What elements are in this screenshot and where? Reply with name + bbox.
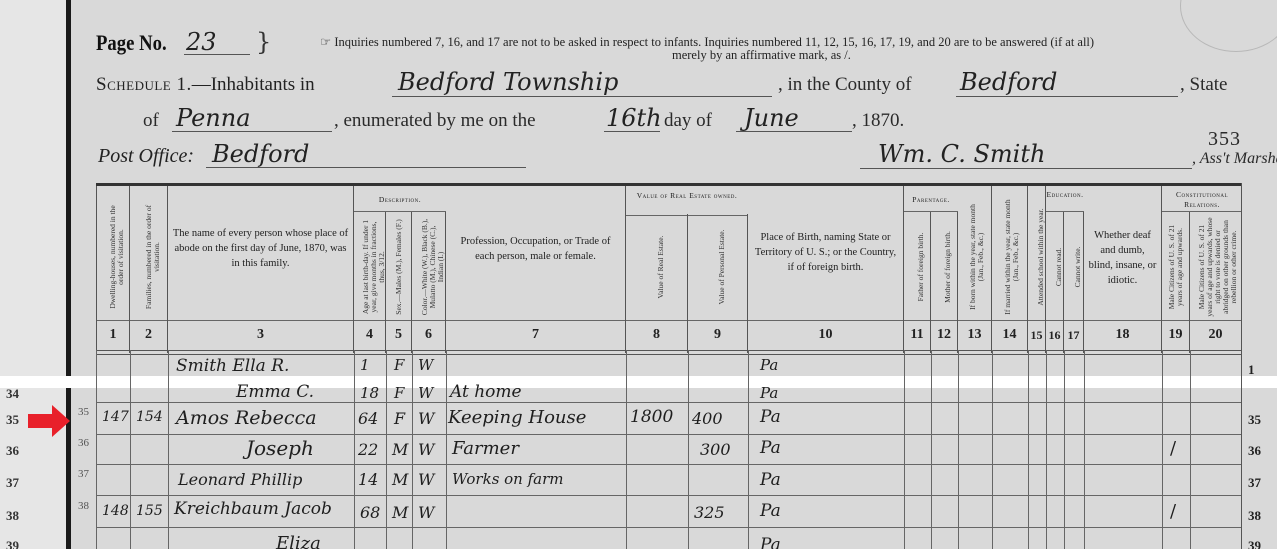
group-parentage: Parentage. — [904, 188, 958, 212]
line-number-inner: 37 — [78, 468, 89, 480]
underline — [184, 54, 250, 55]
table-row: Emma C. 18 F W At home Pa — [96, 388, 1242, 403]
column-11: Father of foreign birth.11 — [904, 212, 931, 353]
column-20: Male Citizens of U. S. of 21 years of ag… — [1190, 212, 1242, 353]
year-label: , 1870. — [852, 110, 904, 132]
column-13: If born within the year, state month (Ja… — [958, 186, 992, 353]
table-row: Leonard Phillip 14 M W Works on farm Pa — [96, 464, 1242, 496]
enumerated-label: , enumerated by me on the — [334, 110, 536, 132]
of-label: of — [143, 110, 159, 132]
line-number-inner: 36 — [78, 437, 89, 449]
table-row: 148 155 Kreichbaum Jacob 68 M W 325 Pa / — [96, 495, 1242, 528]
citizen-mark: / — [1170, 501, 1176, 522]
county-label: , in the County of — [778, 74, 912, 96]
column-10: Place of Birth, naming State or Territor… — [748, 186, 904, 353]
line-number-right: 35 — [1248, 412, 1261, 428]
underline — [604, 131, 660, 132]
column-3: The name of every person whose place of … — [168, 186, 354, 353]
citizen-mark: / — [1170, 438, 1176, 459]
image-splice-gap — [0, 376, 1277, 388]
table-right-border — [1241, 183, 1242, 549]
underline — [172, 131, 332, 132]
column-4: Age at last birth-day. If under 1 year, … — [354, 212, 386, 353]
line-number-left: 39 — [6, 538, 19, 549]
column-7: Profession, Occupation, or Trade of each… — [446, 186, 626, 353]
post-office-value: Bedford — [212, 140, 309, 168]
state-label: , State — [1180, 74, 1228, 96]
line-number-left: 37 — [6, 475, 19, 491]
table-row-highlighted[interactable]: 147 154 Amos Rebecca 64 F W Keeping Hous… — [96, 403, 1242, 435]
line-number-inner: 35 — [78, 406, 89, 418]
column-12: Mother of foreign birth.12 — [931, 212, 958, 353]
line-number-left: 34 — [6, 386, 19, 402]
sheet-number: 353 — [1208, 128, 1241, 151]
county-value: Bedford — [960, 68, 1057, 96]
column-9: Value of Personal Estate.9 — [688, 214, 748, 353]
group-real-estate: Value of Real Estate owned. — [626, 188, 748, 216]
table-row: Eliza Pa — [96, 527, 1242, 549]
page-number-value: 23 — [186, 28, 217, 56]
column-8: Value of Real Estate.8 — [626, 214, 688, 353]
line-number-left: 35 — [6, 412, 19, 428]
line-number-right: 37 — [1248, 475, 1261, 491]
state-value: Penna — [176, 104, 251, 132]
underline — [956, 96, 1178, 97]
schedule-label: Schedule 1. — [96, 74, 192, 95]
line-number-right: 39 — [1248, 538, 1261, 549]
group-education: Education. — [1046, 188, 1084, 212]
line-number-left: 36 — [6, 443, 19, 459]
underline — [392, 96, 772, 97]
line-number-right: 38 — [1248, 508, 1261, 524]
left-margin — [0, 0, 66, 549]
page-number-label: Page No. — [96, 30, 167, 56]
township-value: Bedford Township — [398, 68, 618, 96]
column-17: Cannot write.17 — [1064, 212, 1084, 353]
page-binding-edge — [66, 0, 71, 549]
column-14: If married within the year, state month … — [992, 186, 1028, 353]
column-18: Whether deaf and dumb, blind, insane, or… — [1084, 186, 1162, 353]
group-constitutional: Constitutional Relations. — [1162, 188, 1242, 212]
column-5: Sex.—Males (M.), Females (F.)5 — [386, 212, 412, 353]
underline — [206, 167, 526, 168]
line-number-left: 38 — [6, 508, 19, 524]
column-16: Cannot read.16 — [1046, 212, 1064, 353]
day-value: 16th — [606, 104, 662, 132]
line-number-inner: 38 — [78, 500, 89, 512]
brace-icon: } — [256, 28, 271, 56]
column-header-row: Dwelling-houses, numbered in the order o… — [96, 183, 1242, 353]
instructions-line-2: merely by an affirmative mark, as /. — [672, 48, 851, 63]
arrow-right-icon — [28, 405, 70, 437]
line-number-right: 36 — [1248, 443, 1261, 459]
column-1: Dwelling-houses, numbered in the order o… — [96, 186, 130, 353]
day-of-label: day of — [664, 110, 712, 132]
column-2: Families, numbered in the order of visit… — [130, 186, 168, 353]
table-row: Joseph 22 M W Farmer 300 Pa / — [96, 434, 1242, 465]
marshal-title: , Ass't Marshal. — [1192, 150, 1277, 168]
underline — [736, 131, 852, 132]
schedule-line: Schedule 1.—Inhabitants in — [96, 74, 315, 96]
archive-stamp — [1180, 0, 1277, 52]
month-value: June — [744, 104, 799, 132]
census-page: Page No. 23 } ☞ Inquiries numbered 7, 16… — [0, 0, 1277, 549]
marshal-signature: Wm. C. Smith — [878, 140, 1045, 168]
post-office-label: Post Office: — [98, 145, 194, 168]
column-19: Male Citizens of U. S. of 21 years of ag… — [1162, 212, 1190, 353]
inhabitants-label: —Inhabitants in — [192, 74, 315, 95]
table-row: Smith Ella R. 1 F W Pa — [96, 354, 1242, 376]
underline — [860, 168, 1192, 169]
column-15: Attended school within the year.15 — [1028, 186, 1046, 353]
column-6: Color.—White (W.), Black (B.), Mulatto (… — [412, 212, 446, 353]
group-description: Description. — [354, 188, 446, 212]
